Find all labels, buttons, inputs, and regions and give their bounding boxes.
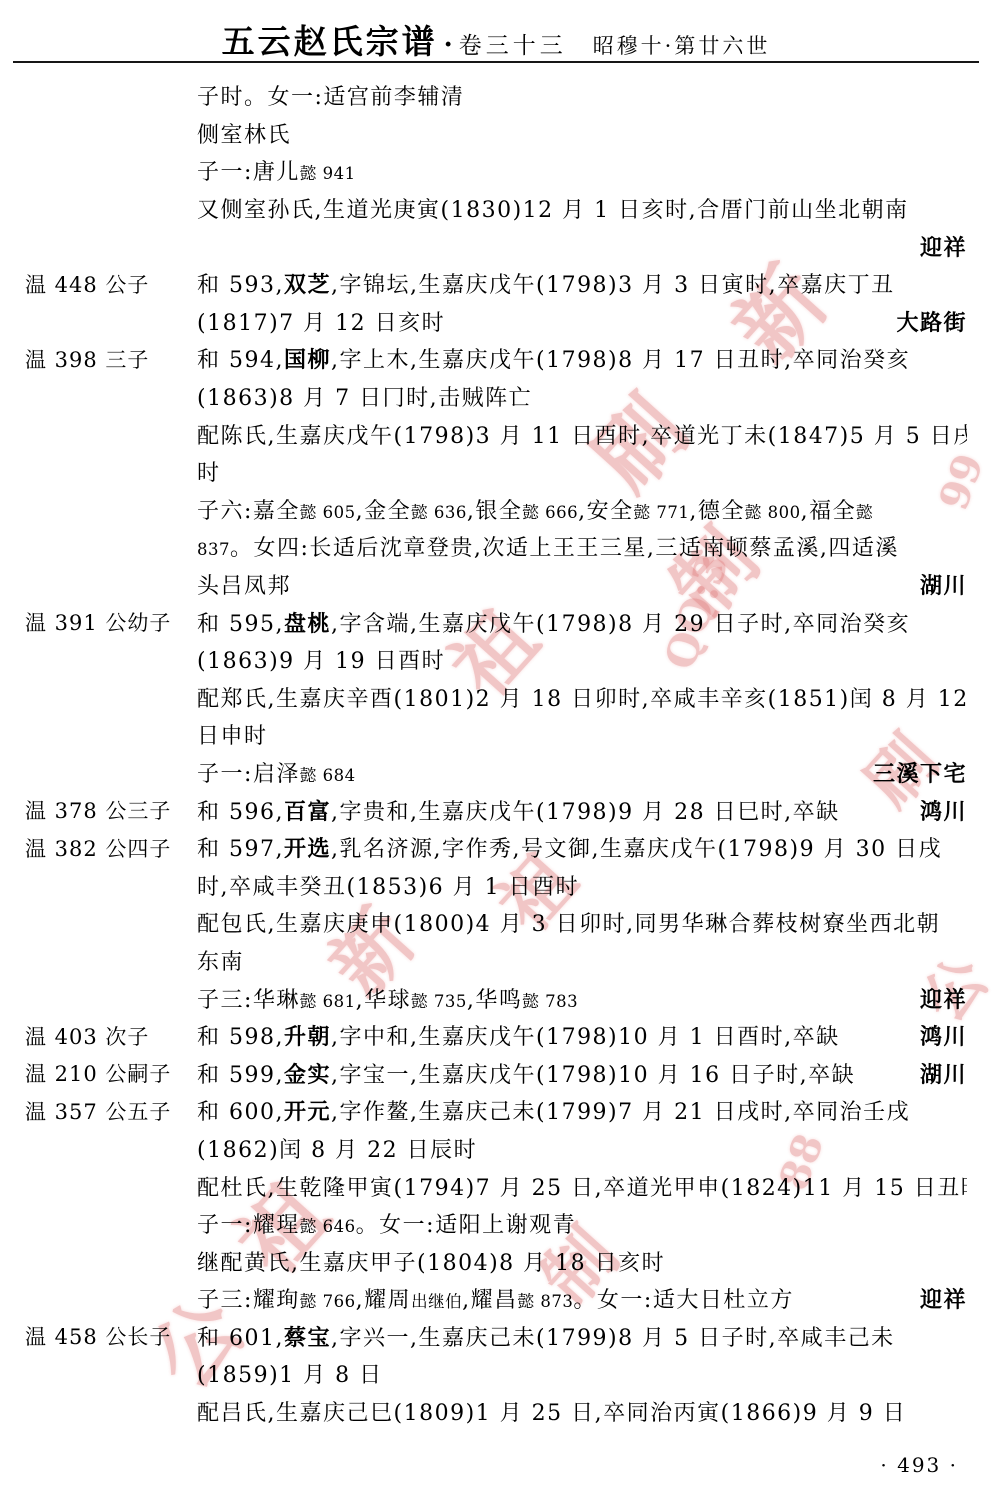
entry-text-segment: 懿 766: [300, 1292, 356, 1311]
genealogy-line: (1862)闰 8 月 22 日辰时: [25, 1130, 967, 1168]
genealogy-line: 温 398 三子和 594,国柳,字上木,生嘉庆戊午(1798)8 月 17 日…: [25, 340, 967, 378]
genealogy-line: 温 403 次子和 598,升朝,字中和,生嘉庆戊午(1798)10 月 1 日…: [25, 1017, 967, 1055]
person-name: 盘桃: [284, 611, 331, 637]
entry-text-segment: 子六:嘉全: [197, 499, 300, 524]
entry-text-segment: 头吕凤邦: [197, 574, 291, 599]
person-id-label: 温 458 公长子: [25, 1321, 197, 1351]
entry-text-segment: ,字贵和,生嘉庆戊午(1798)9 月 28 日巳时,卒缺: [331, 800, 840, 825]
entry-text-segment: 837: [197, 540, 230, 559]
entry-text: 子时。女一:适宫前李辅清: [197, 80, 967, 111]
entry-text-segment: ,字中和,生嘉庆戊午(1798)10 月 1 日酉时,卒缺: [331, 1025, 840, 1050]
entry-text: (1863)8 月 7 日冂时,击贼阵亡: [197, 381, 967, 412]
genealogy-line: 配包氏,生嘉庆庚申(1800)4 月 3 日卯时,同男华琳合葬枝树寮坐西北朝: [25, 904, 967, 942]
entry-text: 又侧室孙氏,生道光庚寅(1830)12 月 1 日亥时,合厝门前山坐北朝南: [197, 193, 967, 224]
entry-text: 东南: [197, 945, 967, 976]
entry-text: 子六:嘉全懿 605,金全懿 636,银全懿 666,安全懿 771,德全懿 8…: [197, 494, 967, 525]
genealogy-line: 子一:耀瑆懿 646。女一:适阳上谢观青: [25, 1205, 967, 1243]
entry-text: 配杜氏,生乾隆甲寅(1794)7 月 25 日,卒道光甲申(1824)11 月 …: [197, 1171, 967, 1202]
entry-text-segment: 懿 941: [300, 164, 356, 183]
entry-text: 日申时: [197, 719, 967, 750]
header-divider: [13, 61, 979, 63]
genealogy-line: 继配黄氏,生嘉庆甲子(1804)8 月 18 日亥时: [25, 1242, 967, 1280]
genealogy-line: 温 448 公子和 593,双芝,字锦坛,生嘉庆戊午(1798)3 月 3 日寅…: [25, 265, 967, 303]
residence-label: 大路街: [896, 306, 967, 337]
entry-text-segment: 和 598,: [197, 1025, 284, 1050]
entry-text: 837。女四:长适后沈章登贵,次适上王王三星,三适南顿蔡孟溪,四适溪: [197, 531, 967, 562]
entry-text-segment: 懿 771: [634, 503, 690, 522]
entry-text: 和 597,开选,乳名济源,字作秀,号文御,生嘉庆戊午(1798)9 月 30 …: [197, 832, 967, 863]
entry-text: 和 593,双芝,字锦坛,生嘉庆戊午(1798)3 月 3 日寅时,卒嘉庆丁丑: [197, 268, 967, 299]
residence-label: 鸿川: [920, 1020, 967, 1051]
entry-text-segment: ,字兴一,生嘉庆己未(1799)8 月 5 日子时,卒咸丰己未: [331, 1326, 895, 1351]
page-header: 五云赵氏宗谱·卷三十三昭穆十·第廿六世: [0, 16, 992, 63]
entry-text-segment: 子一:启泽: [197, 762, 300, 787]
genealogy-line: (1863)8 月 7 日冂时,击贼阵亡: [25, 378, 967, 416]
genealogy-line: 配杜氏,生乾隆甲寅(1794)7 月 25 日,卒道光甲申(1824)11 月 …: [25, 1167, 967, 1205]
genealogy-line: 温 382 公四子和 597,开选,乳名济源,字作秀,号文御,生嘉庆戊午(179…: [25, 829, 967, 867]
entry-text: 和 601,蔡宝,字兴一,生嘉庆己未(1799)8 月 5 日子时,卒咸丰己未: [197, 1321, 967, 1352]
person-id-label: 温 210 公嗣子: [25, 1058, 197, 1088]
genealogy-line: 配吕氏,生嘉庆己巳(1809)1 月 25 日,卒同治丙寅(1866)9 月 9…: [25, 1393, 967, 1431]
residence-label: 三溪下宅: [873, 757, 967, 788]
genealogy-line: 温 357 公五子和 600,开元,字作鳌,生嘉庆己未(1799)7 月 21 …: [25, 1092, 967, 1130]
entry-text: 配吕氏,生嘉庆己巳(1809)1 月 25 日,卒同治丙寅(1866)9 月 9…: [197, 1396, 967, 1427]
person-name: 金实: [284, 1062, 331, 1088]
genealogy-line: 温 391 公幼子和 595,盘桃,字含端,生嘉庆戊午(1798)8 月 29 …: [25, 603, 967, 641]
entry-text-segment: 配包氏,生嘉庆庚申(1800)4 月 3 日卯时,同男华琳合葬枝树寮坐西北朝: [197, 912, 940, 937]
person-id-label: 温 391 公幼子: [25, 607, 197, 637]
entry-text-segment: 和 596,: [197, 800, 284, 825]
entry-text-segment: 子三:耀珣: [197, 1288, 300, 1313]
entry-text-segment: 和 595,: [197, 612, 284, 637]
entry-text-segment: ,德全: [689, 499, 745, 524]
entry-text-segment: 日申时: [197, 724, 268, 749]
entry-text-segment: ,耀昌: [462, 1288, 518, 1313]
entry-text-segment: 和 593,: [197, 273, 284, 298]
entry-text-segment: 懿 800: [745, 503, 801, 522]
entry-text-segment: ,银全: [467, 499, 523, 524]
entry-text: 侧室林氏: [197, 118, 967, 149]
genealogy-line: (1859)1 月 8 日: [25, 1355, 967, 1393]
entry-text: 子一:唐儿懿 941: [197, 155, 967, 186]
entry-text-segment: (1863)8 月 7 日冂时,击贼阵亡: [197, 386, 532, 411]
genealogy-line: 子时。女一:适宫前李辅清: [25, 77, 967, 115]
entry-text: 配陈氏,生嘉庆戊午(1798)3 月 11 日酉时,卒道光丁未(1847)5 月…: [197, 419, 967, 450]
entry-text: 继配黄氏,生嘉庆甲子(1804)8 月 18 日亥时: [197, 1246, 967, 1277]
entry-text-segment: 和 601,: [197, 1326, 284, 1351]
genealogy-line: 温 458 公长子和 601,蔡宝,字兴一,生嘉庆己未(1799)8 月 5 日…: [25, 1318, 967, 1356]
entry-text-segment: 配吕氏,生嘉庆己巳(1809)1 月 25 日,卒同治丙寅(1866)9 月 9…: [197, 1401, 906, 1426]
entry-text-segment: 子一:耀瑆: [197, 1213, 300, 1238]
entry-text: 时,卒咸丰癸丑(1853)6 月 1 日酉时: [197, 870, 967, 901]
person-name: 国柳: [284, 347, 331, 373]
entry-text-segment: 。女一:适阳上谢观青: [356, 1213, 576, 1238]
person-id-label: 温 378 公三子: [25, 795, 197, 825]
genealogy-line: 子一:唐儿懿 941: [25, 152, 967, 190]
entry-text-segment: 懿 605: [300, 503, 356, 522]
person-name: 开选: [284, 836, 331, 862]
entry-text: 配郑氏,生嘉庆辛酉(1801)2 月 18 日卯时,卒咸丰辛亥(1851)闰 8…: [197, 682, 967, 713]
genealogy-line: 配郑氏,生嘉庆辛酉(1801)2 月 18 日卯时,卒咸丰辛亥(1851)闰 8…: [25, 679, 967, 717]
entry-text-segment: 子一:唐儿: [197, 160, 300, 185]
book-title: 五云赵氏宗谱: [222, 22, 438, 61]
entry-text-segment: 子时。女一:适宫前李辅清: [197, 85, 464, 110]
entry-text: 子三:华琳懿 681,华球懿 735,华鸣懿 783: [197, 983, 920, 1014]
entry-text-segment: 出继伯: [411, 1292, 462, 1311]
entry-text-segment: 配杜氏,生乾隆甲寅(1794)7 月 25 日,卒道光甲申(1824)11 月 …: [197, 1176, 967, 1201]
entry-text-segment: 懿 646: [300, 1217, 356, 1236]
person-id-label: 温 403 次子: [25, 1021, 197, 1051]
person-id-label: 温 357 公五子: [25, 1096, 197, 1126]
volume-label: 卷三十三: [459, 33, 567, 59]
entry-text-segment: 侧室林氏: [197, 123, 291, 148]
entry-text: 子一:耀瑆懿 646。女一:适阳上谢观青: [197, 1208, 967, 1239]
entry-text-segment: 和 597,: [197, 837, 284, 862]
entry-text: 子三:耀珣懿 766,耀周出继伯,耀昌懿 873。女一:适大日杜立方: [197, 1283, 920, 1314]
genealogy-line: 温 378 公三子和 596,百富,字贵和,生嘉庆戊午(1798)9 月 28 …: [25, 791, 967, 829]
entry-text-segment: 懿 636: [411, 503, 467, 522]
entry-text-segment: 配郑氏,生嘉庆辛酉(1801)2 月 18 日卯时,卒咸丰辛亥(1851)闰 8…: [197, 687, 967, 712]
genealogy-line: 东南: [25, 942, 967, 980]
entry-text-segment: 懿 666: [522, 503, 578, 522]
genealogy-line: 837。女四:长适后沈章登贵,次适上王王三星,三适南顿蔡孟溪,四适溪: [25, 528, 967, 566]
entry-text-segment: (1859)1 月 8 日: [197, 1363, 383, 1388]
genealogy-line: (1817)7 月 12 日亥时大路街: [25, 303, 967, 341]
entry-text: 子一:启泽懿 684: [197, 757, 873, 788]
entry-text-segment: (1817)7 月 12 日亥时: [197, 311, 445, 336]
entry-text: 头吕凤邦: [197, 569, 920, 600]
entry-text-segment: 又侧室孙氏,生道光庚寅(1830)12 月 1 日亥时,合厝门前山坐北朝南: [197, 198, 909, 223]
entry-text-segment: 懿 684: [300, 766, 356, 785]
entry-text-segment: ,华球: [356, 988, 412, 1013]
entry-text: (1863)9 月 19 日酉时: [197, 644, 967, 675]
entry-text-segment: 配陈氏,生嘉庆戊午(1798)3 月 11 日酉时,卒道光丁未(1847)5 月…: [197, 424, 967, 449]
generation-subtitle: 昭穆十·第廿六世: [593, 34, 771, 58]
entry-text: (1862)闰 8 月 22 日辰时: [197, 1133, 967, 1164]
person-name: 双芝: [284, 272, 331, 298]
entry-text-segment: ,字作鳌,生嘉庆己未(1799)7 月 21 日戌时,卒同治壬戌: [331, 1100, 910, 1125]
entry-text: 和 600,开元,字作鳌,生嘉庆己未(1799)7 月 21 日戌时,卒同治壬戌: [197, 1095, 967, 1126]
entry-text: 和 596,百富,字贵和,生嘉庆戊午(1798)9 月 28 日巳时,卒缺: [197, 795, 920, 826]
genealogy-line: 时,卒咸丰癸丑(1853)6 月 1 日酉时: [25, 866, 967, 904]
entry-text-segment: 和 600,: [197, 1100, 284, 1125]
genealogy-line: 又侧室孙氏,生道光庚寅(1830)12 月 1 日亥时,合厝门前山坐北朝南: [25, 190, 967, 228]
genealogy-line: 子六:嘉全懿 605,金全懿 636,银全懿 666,安全懿 771,德全懿 8…: [25, 491, 967, 529]
entry-text-segment: ,字含端,生嘉庆戊午(1798)8 月 29 日子时,卒同治癸亥: [331, 612, 910, 637]
residence-label: 迎祥: [920, 983, 967, 1014]
person-id-label: 温 382 公四子: [25, 833, 197, 863]
genealogy-content: 子时。女一:适宫前李辅清侧室林氏子一:唐儿懿 941又侧室孙氏,生道光庚寅(18…: [25, 77, 967, 1430]
genealogy-line: 日申时: [25, 716, 967, 754]
person-id-label: 温 398 三子: [25, 344, 197, 374]
entry-text: 和 595,盘桃,字含端,生嘉庆戊午(1798)8 月 29 日子时,卒同治癸亥: [197, 607, 967, 638]
person-name: 升朝: [284, 1024, 331, 1050]
residence-label: 鸿川: [920, 795, 967, 826]
person-name: 蔡宝: [284, 1325, 331, 1351]
entry-text-segment: (1863)9 月 19 日酉时: [197, 649, 445, 674]
entry-text-segment: ,福全: [801, 499, 857, 524]
entry-text-segment: ,字上木,生嘉庆戊午(1798)8 月 17 日丑时,卒同治癸亥: [331, 348, 910, 373]
entry-text-segment: 懿 783: [522, 992, 578, 1011]
entry-text: 配包氏,生嘉庆庚申(1800)4 月 3 日卯时,同男华琳合葬枝树寮坐西北朝: [197, 907, 967, 938]
entry-text: (1859)1 月 8 日: [197, 1358, 967, 1389]
entry-text-segment: 和 599,: [197, 1063, 284, 1088]
residence-label: 迎祥: [920, 1283, 967, 1314]
residence-label: 迎祥: [920, 231, 967, 262]
genealogy-line: 时: [25, 453, 967, 491]
entry-text-segment: ,字锦坛,生嘉庆戊午(1798)3 月 3 日寅时,卒嘉庆丁丑: [331, 273, 895, 298]
entry-text: 和 594,国柳,字上木,生嘉庆戊午(1798)8 月 17 日丑时,卒同治癸亥: [197, 343, 967, 374]
residence-label: 湖川: [920, 569, 967, 600]
entry-text-segment: ,安全: [578, 499, 634, 524]
genealogy-page: 新刷制祖QQ:399新祖88公祖制刷公 五云赵氏宗谱·卷三十三昭穆十·第廿六世 …: [0, 0, 992, 1512]
genealogy-line: (1863)9 月 19 日酉时: [25, 641, 967, 679]
entry-text: 和 599,金实,字宝一,生嘉庆戊午(1798)10 月 16 日子时,卒缺: [197, 1058, 920, 1089]
entry-text-segment: 懿 681: [300, 992, 356, 1011]
entry-text-segment: 子三:华琳: [197, 988, 300, 1013]
entry-text-segment: ,华鸣: [467, 988, 523, 1013]
title-separator: ·: [444, 30, 453, 60]
entry-text-segment: 懿 873: [518, 1292, 574, 1311]
page-number: · 493 ·: [880, 1453, 958, 1477]
entry-text-segment: 时: [197, 461, 221, 486]
entry-text: 和 598,升朝,字中和,生嘉庆戊午(1798)10 月 1 日酉时,卒缺: [197, 1020, 920, 1051]
entry-text-segment: 和 594,: [197, 348, 284, 373]
entry-text-segment: 懿 735: [411, 992, 467, 1011]
entry-text: 时: [197, 456, 967, 487]
entry-text-segment: ,字宝一,生嘉庆戊午(1798)10 月 16 日子时,卒缺: [331, 1063, 855, 1088]
entry-text-segment: 时,卒咸丰癸丑(1853)6 月 1 日酉时: [197, 875, 579, 900]
residence-label: 湖川: [920, 1058, 967, 1089]
entry-text-segment: (1862)闰 8 月 22 日辰时: [197, 1138, 477, 1163]
genealogy-line: 头吕凤邦湖川: [25, 566, 967, 604]
entry-text-segment: ,金全: [356, 499, 412, 524]
person-id-label: 温 448 公子: [25, 269, 197, 299]
genealogy-line: 子三:耀珣懿 766,耀周出继伯,耀昌懿 873。女一:适大日杜立方迎祥: [25, 1280, 967, 1318]
entry-text-segment: 。女一:适大日杜立方: [573, 1288, 793, 1313]
genealogy-line: 子一:启泽懿 684三溪下宅: [25, 754, 967, 792]
genealogy-line: 侧室林氏: [25, 115, 967, 153]
person-name: 百富: [284, 799, 331, 825]
genealogy-line: 迎祥: [25, 227, 967, 265]
entry-text: (1817)7 月 12 日亥时: [197, 306, 896, 337]
genealogy-line: 子三:华琳懿 681,华球懿 735,华鸣懿 783迎祥: [25, 979, 967, 1017]
entry-text-segment: 继配黄氏,生嘉庆甲子(1804)8 月 18 日亥时: [197, 1251, 665, 1276]
person-name: 开元: [284, 1099, 331, 1125]
entry-text-segment: ,耀周: [356, 1288, 412, 1313]
entry-text-segment: ,乳名济源,字作秀,号文御,生嘉庆戊午(1798)9 月 30 日戌: [331, 837, 942, 862]
entry-text-segment: 。女四:长适后沈章登贵,次适上王王三星,三适南顿蔡孟溪,四适溪: [230, 536, 899, 561]
entry-text-segment: 东南: [197, 950, 244, 975]
genealogy-line: 温 210 公嗣子和 599,金实,字宝一,生嘉庆戊午(1798)10 月 16…: [25, 1054, 967, 1092]
entry-text-segment: 懿: [856, 503, 873, 522]
genealogy-line: 配陈氏,生嘉庆戊午(1798)3 月 11 日酉时,卒道光丁未(1847)5 月…: [25, 415, 967, 453]
